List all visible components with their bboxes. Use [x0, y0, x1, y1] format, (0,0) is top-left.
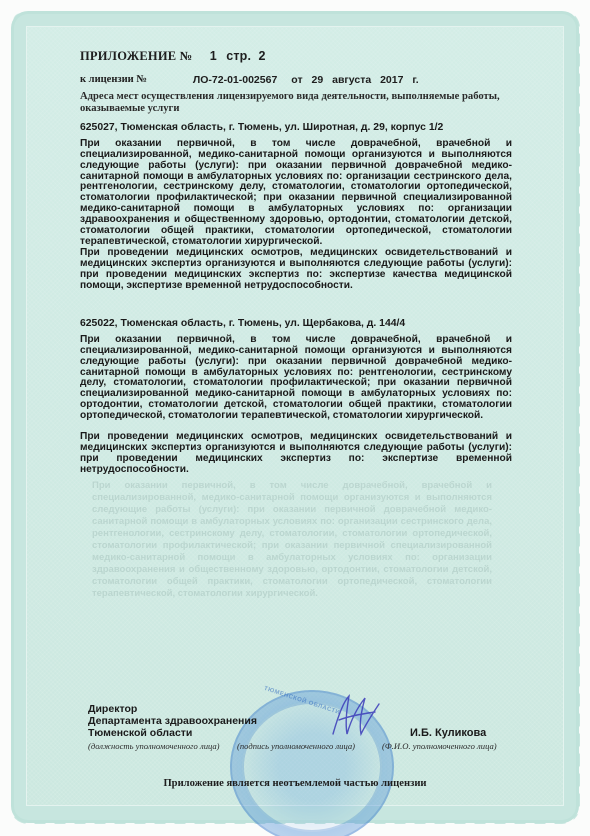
appendix-header: ПРИЛОЖЕНИЕ № 1 стр. 2 [80, 49, 266, 64]
appendix-number: 1 [210, 49, 217, 63]
address-2-paragraph-1: При оказании первичной, в том числе довр… [80, 335, 512, 422]
position-line-2: Департамента здравоохранения [88, 715, 257, 727]
address-1: 625027, Тюменская область, г. Тюмень, ул… [80, 122, 512, 133]
footer-note: Приложение является неотъемлемой частью … [0, 778, 590, 789]
reverse-side-bleed-through: При оказании первичной, в том числе довр… [92, 480, 492, 600]
address-1-paragraph-2: При проведении медицинских осмотров, мед… [80, 248, 512, 291]
caption-name: (Ф.И.О. уполномоченного лица) [382, 741, 497, 751]
address-1-paragraph-1: При оказании первичной, в том числе довр… [80, 139, 512, 247]
signatory-position: Директор Департамента здравоохранения Тю… [88, 703, 257, 739]
page-label: стр. [226, 49, 251, 63]
signature-icon [325, 690, 385, 740]
page-number: 2 [259, 49, 266, 63]
license-date: от 29 августа 2017 г. [291, 74, 418, 86]
signatory-name: И.Б. Куликова [410, 727, 486, 739]
appendix-label: ПРИЛОЖЕНИЕ № [80, 49, 192, 63]
address-2-paragraph-2: При проведении медицинских осмотров, мед… [80, 432, 512, 475]
address-2: 625022, Тюменская область, г. Тюмень, ул… [80, 318, 512, 329]
position-line-1: Директор [88, 703, 257, 715]
caption-signature: (подпись уполномоченного лица) [237, 741, 355, 751]
license-reference: к лицензии № ЛО-72-01-002567 от 29 авгус… [80, 74, 419, 86]
license-number: ЛО-72-01-002567 [193, 74, 277, 86]
position-line-3: Тюменской области [88, 727, 257, 739]
section-heading: Адреса мест осуществления лицензируемого… [80, 91, 512, 115]
license-prefix: к лицензии № [80, 74, 147, 86]
caption-position: (должность уполномоченного лица) [88, 741, 220, 751]
